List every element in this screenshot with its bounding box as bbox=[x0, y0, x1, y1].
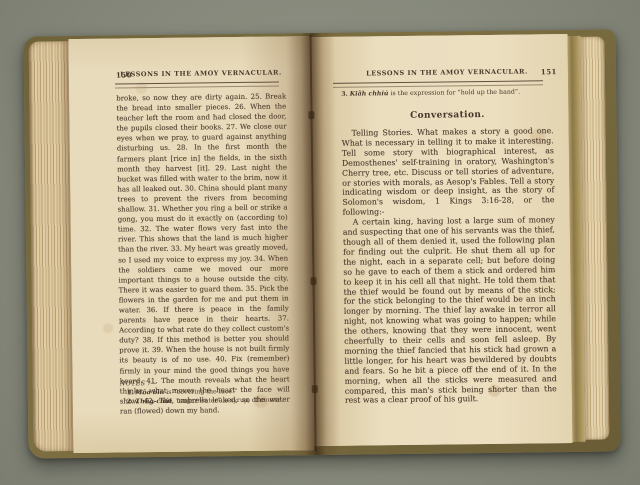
footnote-3-text: is the expression for “hold up the hand”… bbox=[388, 89, 520, 98]
left-page-content: 150 LESSONS IN THE AMOY VERNACULAR. brok… bbox=[115, 36, 290, 452]
section-heading: Conversation. bbox=[341, 109, 553, 122]
right-page-content: LESSONS IN THE AMOY VERNACULAR. 151 3. K… bbox=[340, 34, 557, 446]
footnote-3-number: 3. bbox=[341, 91, 348, 98]
footnote-2-number: 2. bbox=[127, 398, 134, 405]
header-rule-right bbox=[333, 80, 543, 88]
running-header-left: 150 LESSONS IN THE AMOY VERNACULAR. bbox=[116, 68, 286, 78]
running-header-right-text: LESSONS IN THE AMOY VERNACULAR. bbox=[366, 67, 528, 77]
open-book: 150 LESSONS IN THE AMOY VERNACULAR. brok… bbox=[23, 29, 620, 458]
photo-background: 150 LESSONS IN THE AMOY VERNACULAR. brok… bbox=[0, 0, 640, 485]
right-page: LESSONS IN THE AMOY VERNACULAR. 151 3. K… bbox=[309, 34, 572, 446]
paragraph-certain-king: A certain king, having lost a large sum … bbox=[343, 215, 557, 406]
footnote-1-text: is “covering the face.” bbox=[164, 388, 237, 396]
paragraph-telling-stories: Telling Stories. What makes a story a go… bbox=[342, 126, 555, 218]
page-edge-stack-right bbox=[580, 37, 609, 440]
right-page-body: Telling Stories. What makes a story a go… bbox=[342, 126, 557, 406]
left-page: 150 LESSONS IN THE AMOY VERNACULAR. brok… bbox=[68, 36, 314, 453]
page-edge-stack-left bbox=[29, 41, 74, 451]
page-number-right: 151 bbox=[541, 67, 557, 76]
footnote-2-text: “sugar water” is syrup, of course. bbox=[174, 396, 284, 404]
footnotes-left: NOTES :— 1. Môa bīn is “covering the fac… bbox=[120, 378, 290, 406]
footnote-1-number: 1. bbox=[127, 389, 134, 396]
footnote-2-term: Thn̂g-chúi, bbox=[135, 398, 174, 405]
footnote-3-term: Kiâh chhiú bbox=[350, 90, 389, 97]
header-rule-left bbox=[115, 82, 279, 89]
footnote-1-term: Môa bīn bbox=[135, 389, 164, 396]
footnote-3: 3. Kiâh chhiú is the expression for “hol… bbox=[341, 88, 559, 98]
left-page-body: broke, so now they are dirty again. 25. … bbox=[116, 91, 290, 416]
running-header-left-text: LESSONS IN THE AMOY VERNACULAR. bbox=[120, 68, 282, 78]
running-header-right: LESSONS IN THE AMOY VERNACULAR. 151 bbox=[341, 67, 553, 78]
binding-stitch bbox=[308, 111, 314, 119]
binding-stitch bbox=[312, 385, 318, 393]
binding-stitch bbox=[310, 277, 316, 285]
page-number-left: 150 bbox=[116, 70, 132, 79]
